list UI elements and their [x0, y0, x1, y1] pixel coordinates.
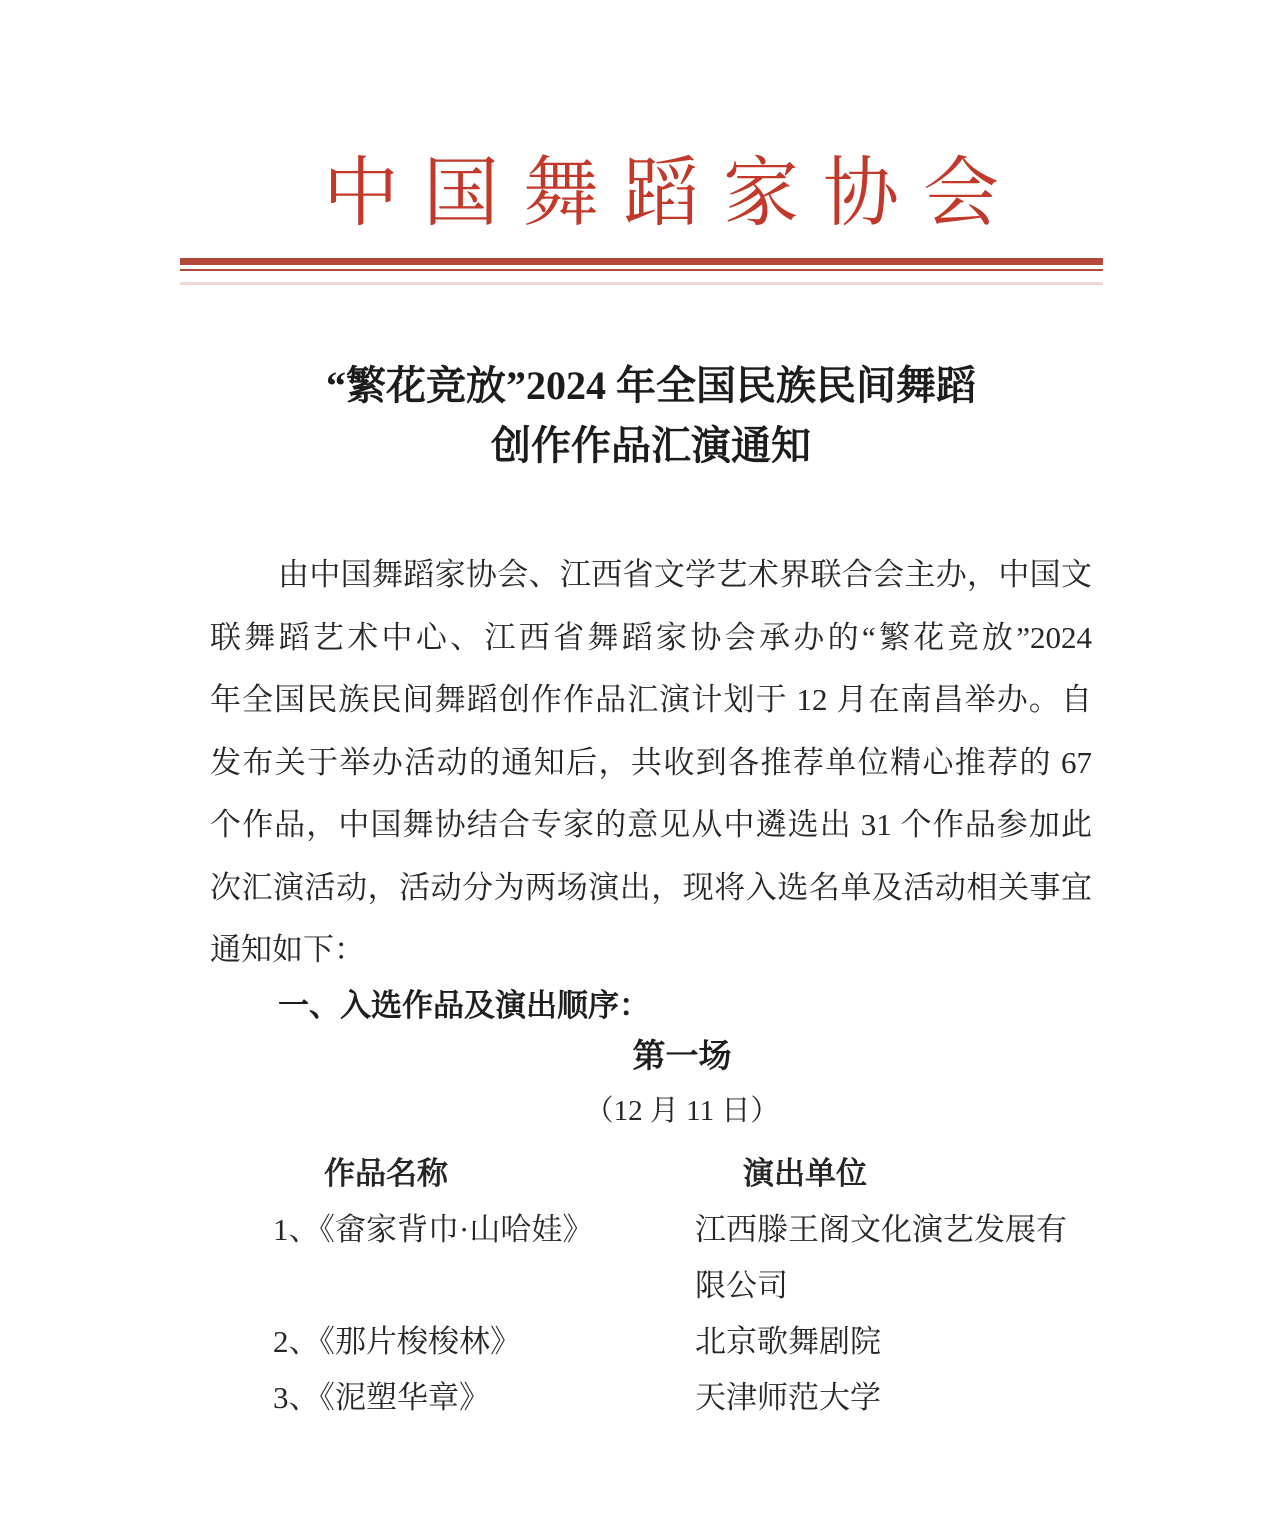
- paragraph-line: 次汇演活动，活动分为两场演出，现将入选名单及活动相关事宜: [210, 857, 1092, 920]
- work-row: 1、《畲家背巾·山哈娃》 江西滕王阁文化演艺发展有限公司: [210, 1202, 1092, 1314]
- intro-paragraph: 由中国舞蹈家协会、江西省文学艺术界联合会主办，中国文 联舞蹈艺术中心、江西省舞蹈…: [210, 544, 1092, 982]
- masthead-divider-faint-line: [180, 282, 1103, 285]
- work-title: 《那片梭梭林》: [320, 1324, 522, 1359]
- document-title-line1: “繁花竞放”2024 年全国民族民间舞蹈: [210, 356, 1092, 416]
- performing-unit: 天津师范大学: [695, 1370, 1080, 1426]
- performing-unit-column-header: 演出单位: [695, 1146, 1080, 1202]
- performing-unit: 江西滕王阁文化演艺发展有限公司: [695, 1202, 1080, 1314]
- work-title: 《畲家背巾·山哈娃》: [320, 1212, 594, 1247]
- org-masthead-title: 中国舞蹈家协会: [210, 148, 1114, 240]
- work-number: 3、: [273, 1380, 320, 1415]
- work-entry: 3、《泥塑华章》: [210, 1370, 695, 1426]
- work-title: 《泥塑华章》: [320, 1380, 491, 1415]
- work-row: 2、《那片梭梭林》 北京歌舞剧院: [210, 1314, 1092, 1370]
- work-number: 1、: [273, 1212, 320, 1247]
- masthead-divider-thick-line: [180, 258, 1103, 265]
- paragraph-line: 个作品，中国舞协结合专家的意见从中遴选出 31 个作品参加此: [210, 794, 1092, 857]
- paragraph-line: 联舞蹈艺术中心、江西省舞蹈家协会承办的“繁花竞放”2024: [210, 607, 1092, 670]
- show-title: 第一场: [272, 1032, 1092, 1080]
- notice-document-page: 中国舞蹈家协会 “繁花竞放”2024 年全国民族民间舞蹈 创作作品汇演通知 由中…: [0, 0, 1271, 1518]
- show-date: （12 月 11 日）: [272, 1090, 1092, 1132]
- work-entry: 1、《畲家背巾·山哈娃》: [210, 1202, 695, 1258]
- paragraph-line: 年全国民族民间舞蹈创作作品汇演计划于 12 月在南昌举办。自: [210, 669, 1092, 732]
- performing-unit: 北京歌舞剧院: [695, 1314, 1080, 1370]
- works-table: 作品名称 演出单位 1、《畲家背巾·山哈娃》 江西滕王阁文化演艺发展有限公司 2…: [210, 1146, 1092, 1426]
- work-number: 2、: [273, 1324, 320, 1359]
- section-heading-selected-works: 一、入选作品及演出顺序：: [210, 984, 1092, 1028]
- masthead-divider-thin-line: [180, 269, 1103, 271]
- document-title-line2: 创作作品汇演通知: [210, 416, 1092, 476]
- paragraph-line: 由中国舞蹈家协会、江西省文学艺术界联合会主办，中国文: [210, 544, 1092, 607]
- works-table-header-row: 作品名称 演出单位: [210, 1146, 1092, 1202]
- work-row: 3、《泥塑华章》 天津师范大学: [210, 1370, 1092, 1426]
- work-title-column-header: 作品名称: [210, 1146, 695, 1202]
- paragraph-line: 发布关于举办活动的通知后，共收到各推荐单位精心推荐的 67: [210, 732, 1092, 795]
- document-title: “繁花竞放”2024 年全国民族民间舞蹈 创作作品汇演通知: [210, 356, 1092, 476]
- work-entry: 2、《那片梭梭林》: [210, 1314, 695, 1370]
- paragraph-line: 通知如下：: [210, 919, 1092, 982]
